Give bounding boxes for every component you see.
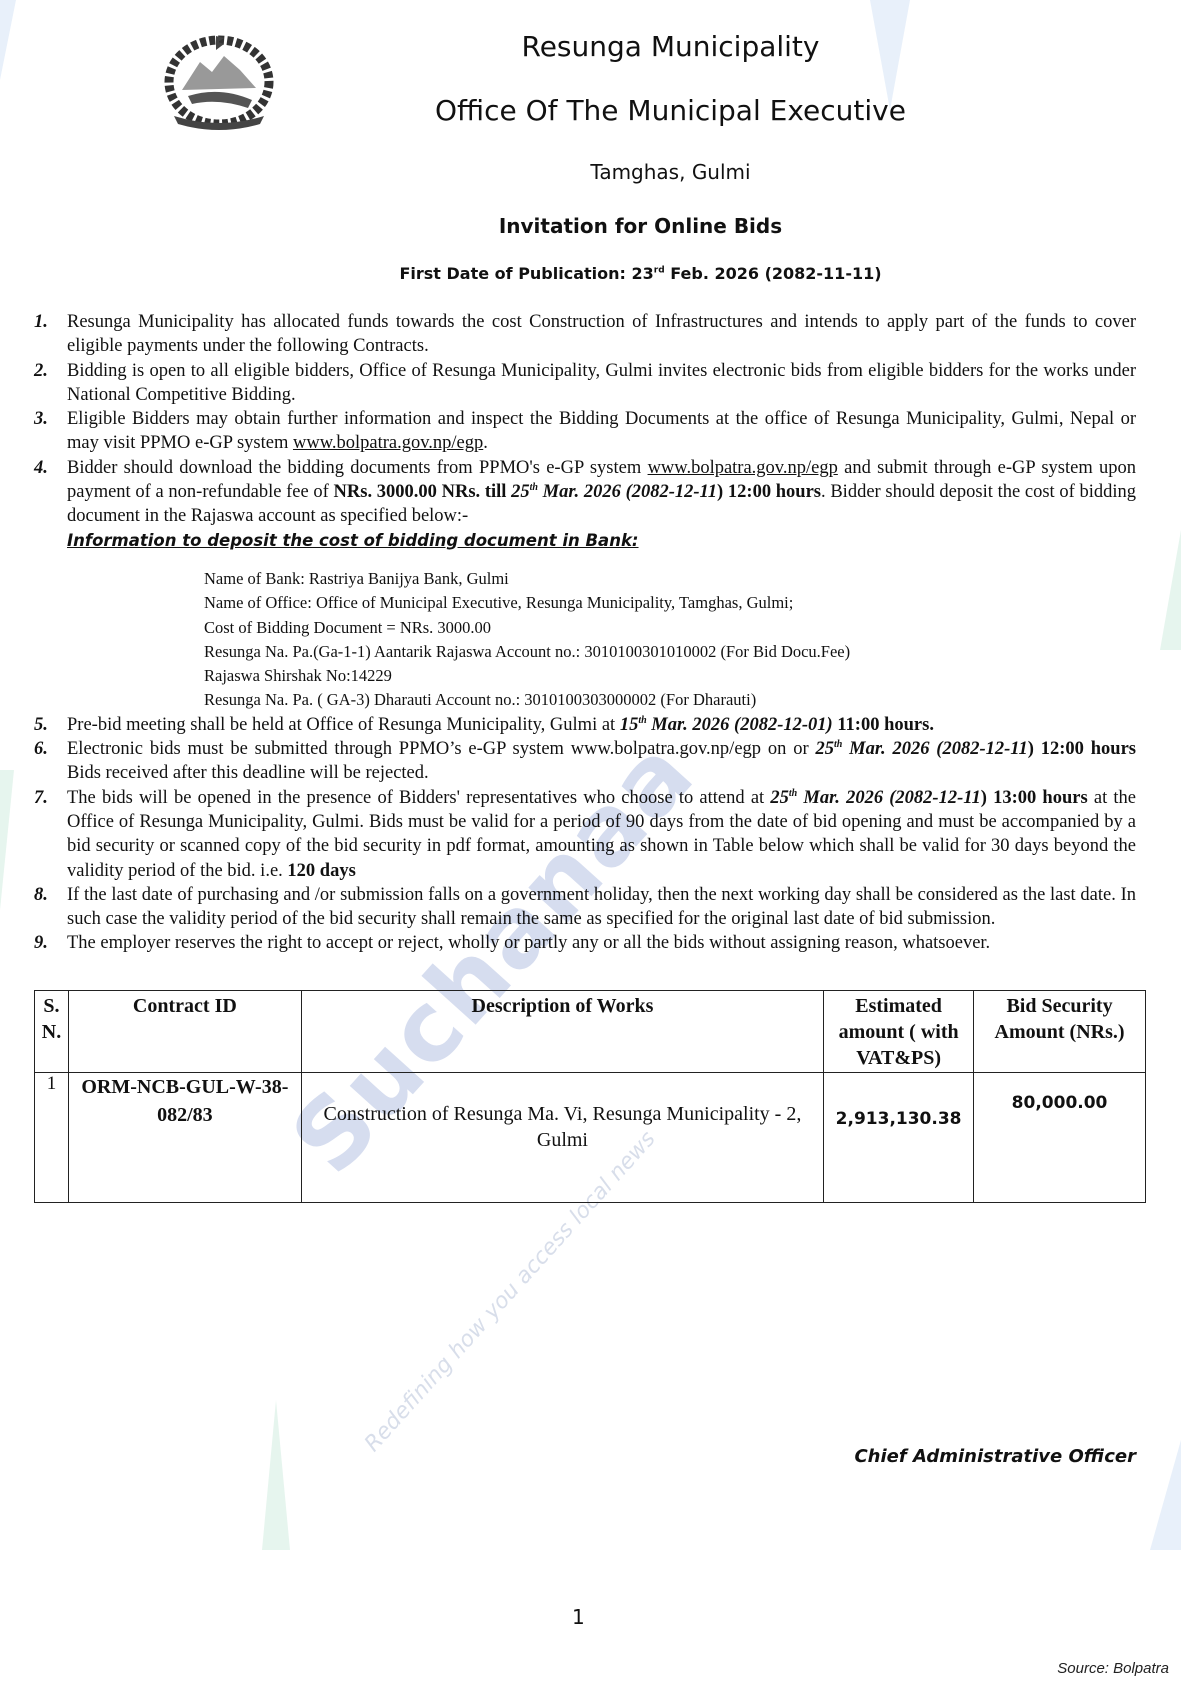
cell-bid-security: 80,000.00 — [974, 1073, 1146, 1203]
bank-cost: Cost of Bidding Document = NRs. 3000.00 — [204, 616, 1136, 640]
table-row: 1 ORM-NCB-GUL-W-38-082/83 Construction o… — [35, 1073, 1146, 1203]
bank-info: Name of Bank: Rastriya Banijya Bank, Gul… — [204, 567, 1136, 713]
clause-8: 8.If the last date of purchasing and /or… — [34, 883, 1136, 932]
col-serial-number: S. N. — [35, 991, 69, 1073]
clause-2: 2.Bidding is open to all eligible bidder… — [34, 359, 1136, 408]
col-description: Description of Works — [301, 991, 823, 1073]
bank-deposit-account: Resunga Na. Pa. ( GA-3) Dharauti Account… — [204, 688, 1136, 712]
col-estimated-amount: Estimated amount ( with VAT&PS) — [824, 991, 974, 1073]
signatory-title: Chief Administrative Officer — [800, 1446, 1136, 1467]
bank-name: Name of Bank: Rastriya Banijya Bank, Gul… — [204, 567, 1136, 591]
cell-estimated-amount: 2,913,130.38 — [824, 1073, 974, 1203]
watermark-shape — [0, 770, 14, 910]
clause-7: 7.The bids will be opened in the presenc… — [34, 786, 1136, 883]
watermark-shape — [262, 1400, 290, 1550]
publication-date: First Date of Publication: 23rd Feb. 202… — [0, 264, 1181, 283]
clauses-list: 1.Resunga Municipality has allocated fun… — [34, 310, 1136, 956]
cell-description: Construction of Resunga Ma. Vi, Resunga … — [301, 1073, 823, 1203]
contracts-table: S. N. Contract ID Description of Works E… — [34, 990, 1146, 1203]
clause-6: 6.Electronic bids must be submitted thro… — [34, 737, 1136, 786]
bolpatra-link[interactable]: www.bolpatra.gov.np/egp — [648, 458, 838, 478]
bank-revenue-head: Rajaswa Shirshak No:14229 — [204, 664, 1136, 688]
source-credit: Source: Bolpatra — [1057, 1660, 1169, 1677]
clause-4: 4.Bidder should download the bidding doc… — [34, 456, 1136, 529]
watermark-shape — [1160, 530, 1181, 650]
office-location: Tamghas, Gulmi — [0, 160, 1181, 184]
bank-info-heading: Information to deposit the cost of biddi… — [67, 529, 1136, 553]
clause-9: 9.The employer reserves the right to acc… — [34, 931, 1136, 955]
clause-1: 1.Resunga Municipality has allocated fun… — [34, 310, 1136, 359]
table-header-row: S. N. Contract ID Description of Works E… — [35, 991, 1146, 1073]
cell-contract-id: ORM-NCB-GUL-W-38-082/83 — [68, 1073, 301, 1203]
bank-office: Name of Office: Office of Municipal Exec… — [204, 591, 1136, 615]
col-bid-security: Bid Security Amount (NRs.) — [974, 991, 1146, 1073]
office-name: Office Of The Municipal Executive — [0, 94, 1181, 127]
cell-serial-number: 1 — [35, 1073, 69, 1203]
notice-title: Invitation for Online Bids — [0, 214, 1181, 238]
page-number: 1 — [572, 1605, 585, 1629]
bolpatra-link[interactable]: www.bolpatra.gov.np/egp — [293, 433, 483, 453]
watermark-shape — [1150, 1440, 1181, 1550]
municipality-name: Resunga Municipality — [0, 30, 1181, 63]
clause-3: 3.Eligible Bidders may obtain further in… — [34, 407, 1136, 456]
bank-revenue-account: Resunga Na. Pa.(Ga-1-1) Aantarik Rajaswa… — [204, 640, 1136, 664]
col-contract-id: Contract ID — [68, 991, 301, 1073]
clause-5: 5.Pre-bid meeting shall be held at Offic… — [34, 713, 1136, 737]
